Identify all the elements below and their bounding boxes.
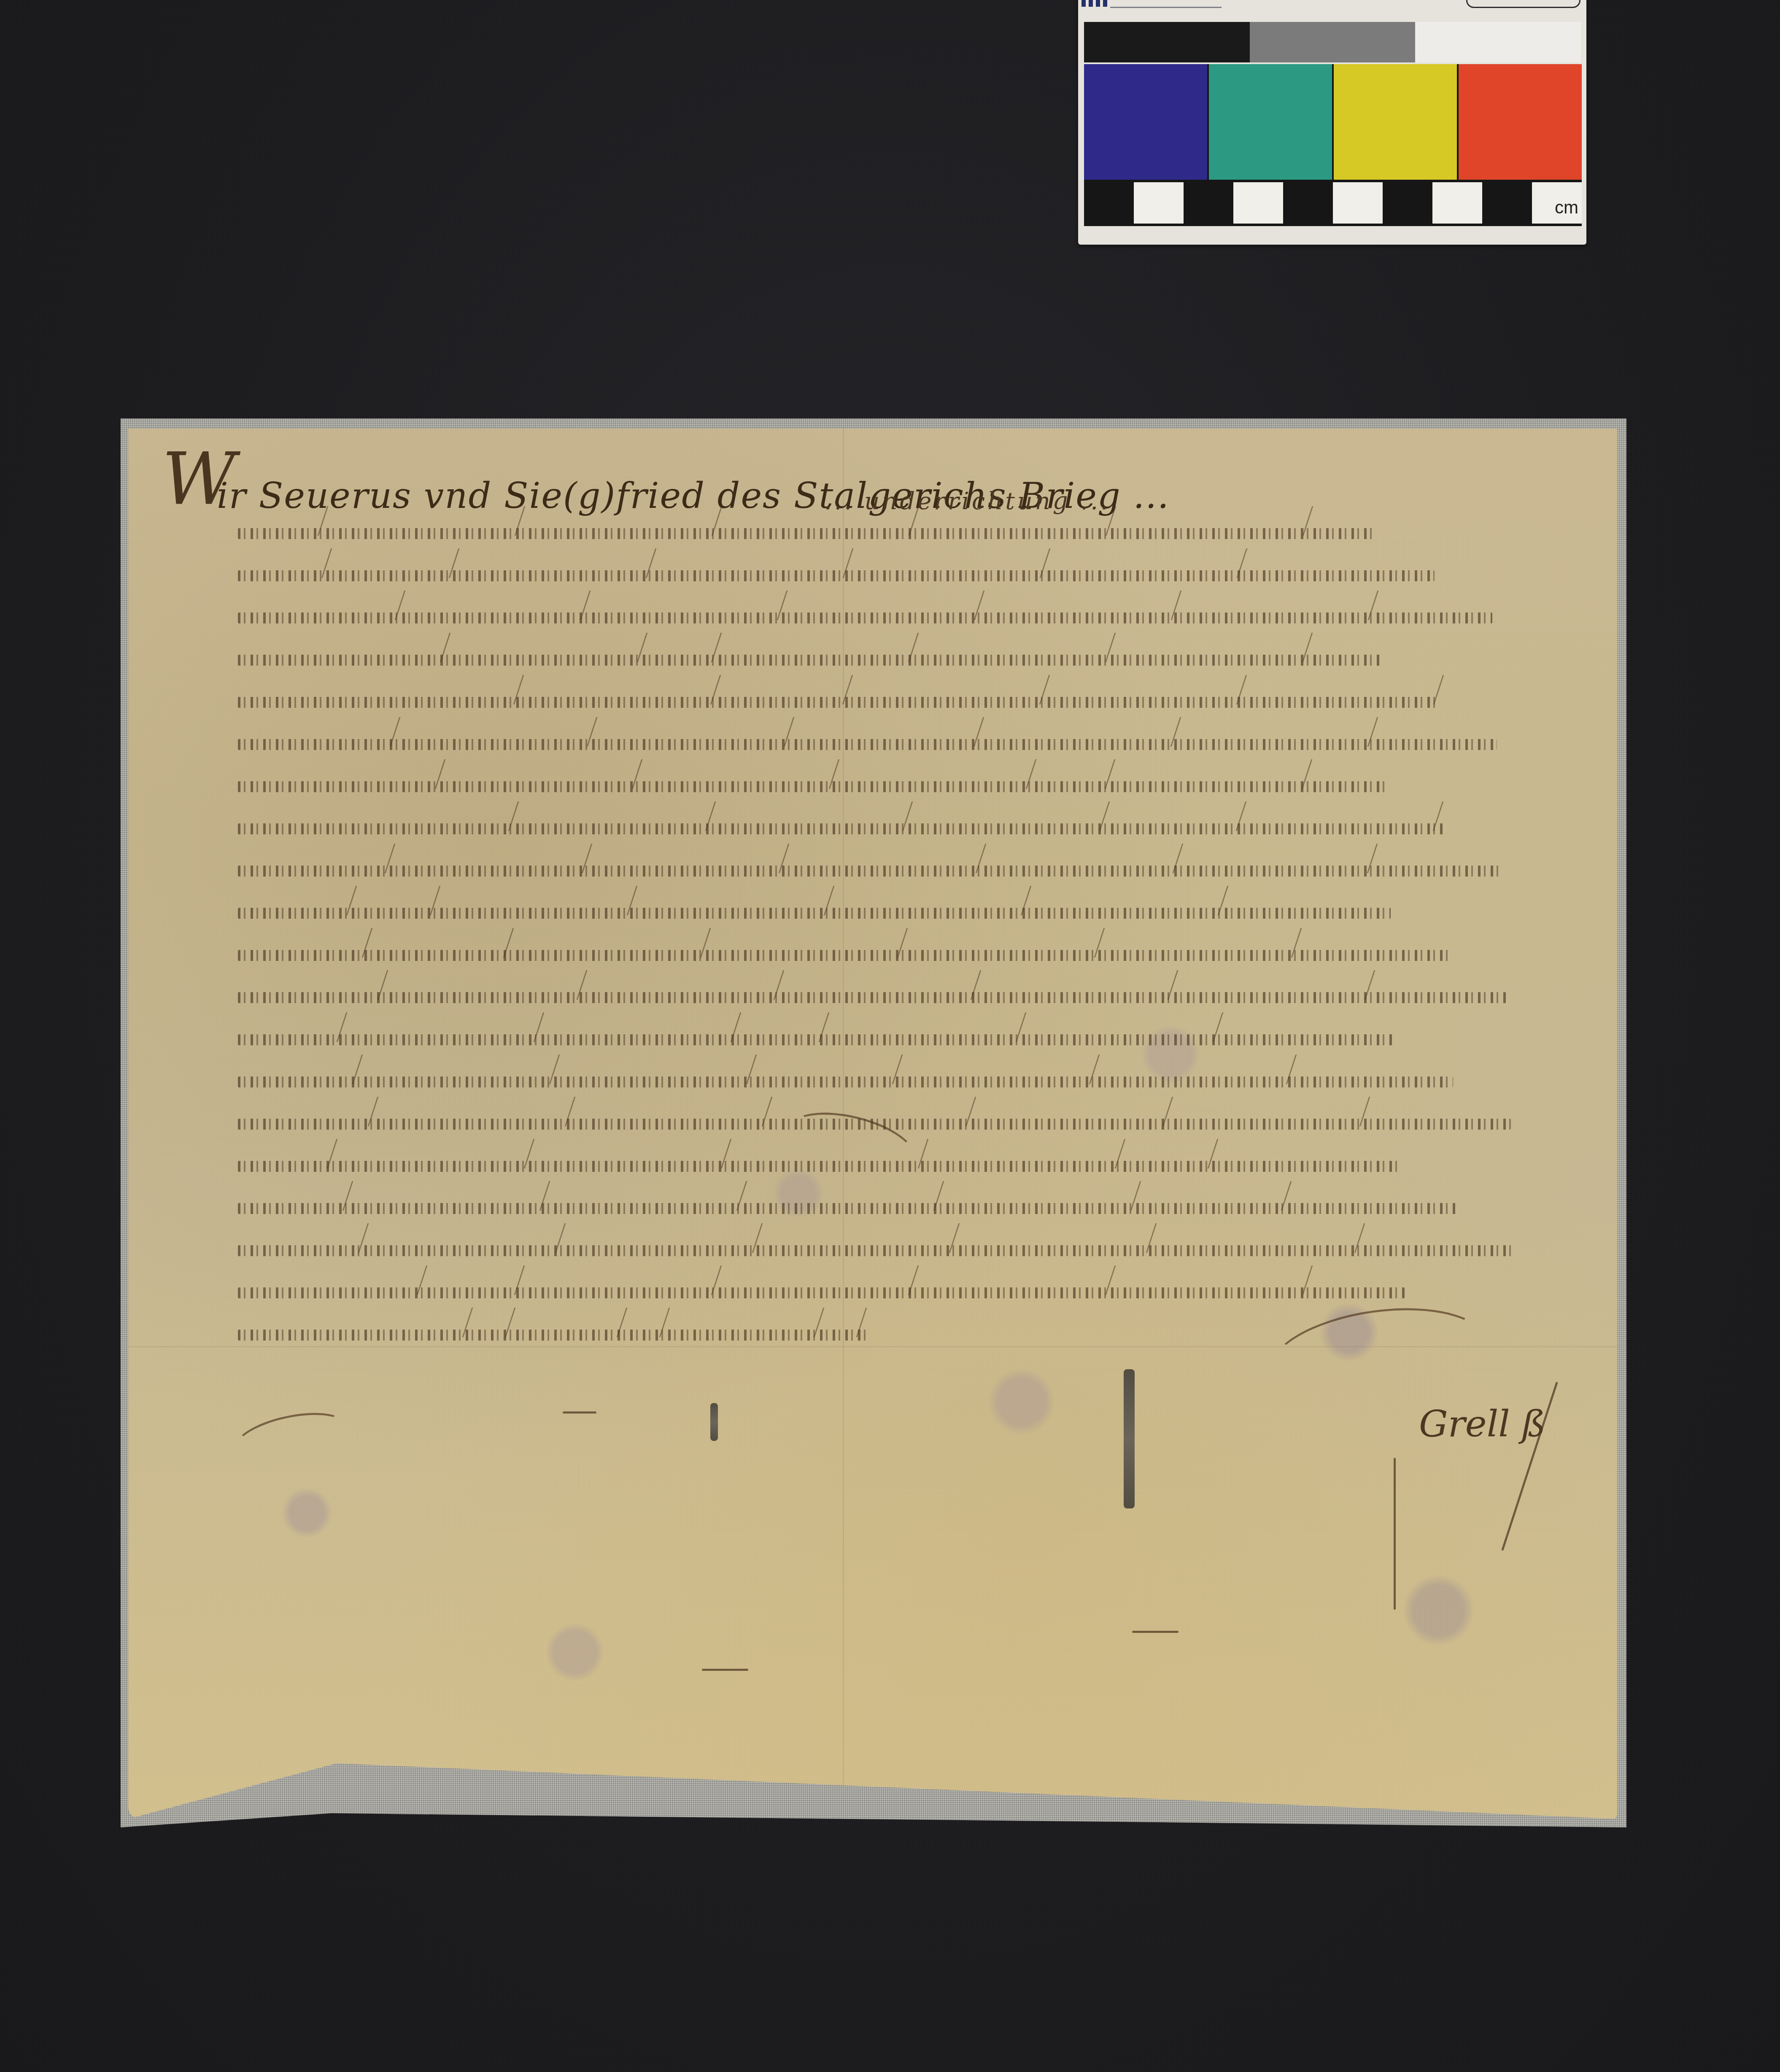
parchment-document: W ir Seuerus vnd Sie(g)fried des Stalger… (121, 418, 1626, 1827)
pen-flourish (231, 1404, 351, 1469)
grey-patch (1250, 22, 1416, 62)
scale-segment (1184, 180, 1233, 226)
text-line (238, 1295, 1588, 1296)
text-line (238, 915, 1588, 916)
handwriting-ink (238, 781, 1386, 792)
scale-segment (1482, 180, 1532, 226)
handwriting-ink (238, 1330, 871, 1341)
scale-segment (1084, 180, 1134, 226)
text-line (238, 1000, 1588, 1001)
handwriting-ink (238, 1161, 1400, 1172)
text-line (238, 831, 1588, 832)
scale-segment (1283, 180, 1333, 226)
scale-segment (1432, 182, 1482, 224)
text-line (238, 789, 1588, 790)
handwriting-ink (238, 1245, 1516, 1256)
handwriting-ink (238, 866, 1502, 877)
signature-descender (1394, 1458, 1396, 1610)
blue-patch (1084, 64, 1207, 181)
handwriting-ink (238, 612, 1492, 623)
scale-segment (1134, 182, 1184, 224)
text-line (238, 1084, 1588, 1085)
yellow-patch (1334, 64, 1457, 181)
handwriting-ink (238, 950, 1448, 961)
handwriting-ink (238, 823, 1444, 834)
text-line (238, 620, 1588, 621)
scale-segment (1383, 180, 1432, 226)
text-line (238, 704, 1588, 705)
handwriting-ink (238, 992, 1506, 1003)
red-patch (1459, 64, 1582, 181)
scale-segment: cm (1532, 182, 1582, 224)
text-line (238, 1042, 1588, 1043)
seal-cord-remnant (710, 1403, 718, 1441)
card-label-line (1110, 7, 1222, 8)
card-label-box (1466, 0, 1580, 8)
cyan-green-patch (1209, 64, 1332, 181)
handwriting-ink (238, 528, 1377, 539)
text-line (238, 958, 1588, 958)
text-line (238, 1126, 1588, 1127)
cm-scale-bar: cm (1084, 180, 1582, 226)
ink-mark (1132, 1631, 1179, 1633)
scale-segment (1233, 182, 1283, 224)
text-line (238, 873, 1588, 874)
color-calibration-card: cm (1078, 0, 1586, 245)
text-line (238, 662, 1588, 663)
seal-cord-remnant (1124, 1369, 1135, 1508)
handwriting-ink (238, 739, 1497, 750)
color-patch-row (1084, 64, 1582, 181)
parchment-sheet: W ir Seuerus vnd Sie(g)fried des Stalger… (128, 429, 1617, 1819)
handwriting-ink (238, 655, 1381, 666)
scale-segment (1333, 182, 1383, 224)
ink-mark (563, 1411, 596, 1414)
handwriting-ink (238, 697, 1439, 708)
white-patch (1415, 22, 1581, 62)
text-line (238, 578, 1588, 579)
grey-patch-row (1084, 22, 1581, 62)
handwriting-ink (238, 1076, 1453, 1087)
handwriting-ink (238, 1034, 1395, 1045)
text-line (238, 1168, 1588, 1169)
body-text-lines (238, 536, 1588, 1379)
handwriting-ink (238, 1203, 1458, 1214)
ink-mark (702, 1669, 748, 1671)
card-registration-marks (1081, 0, 1107, 7)
signature: Grell ß (1419, 1403, 1546, 1445)
text-line (238, 1211, 1588, 1211)
handwriting-ink (238, 1287, 1405, 1298)
text-line (238, 1253, 1588, 1254)
text-line (238, 536, 1588, 537)
handwriting-ink (238, 570, 1435, 581)
black-patch (1084, 22, 1250, 62)
text-line (238, 747, 1588, 747)
scale-unit-label: cm (1555, 197, 1578, 218)
heading-continuation: ... underrichtung ... (824, 488, 1111, 515)
